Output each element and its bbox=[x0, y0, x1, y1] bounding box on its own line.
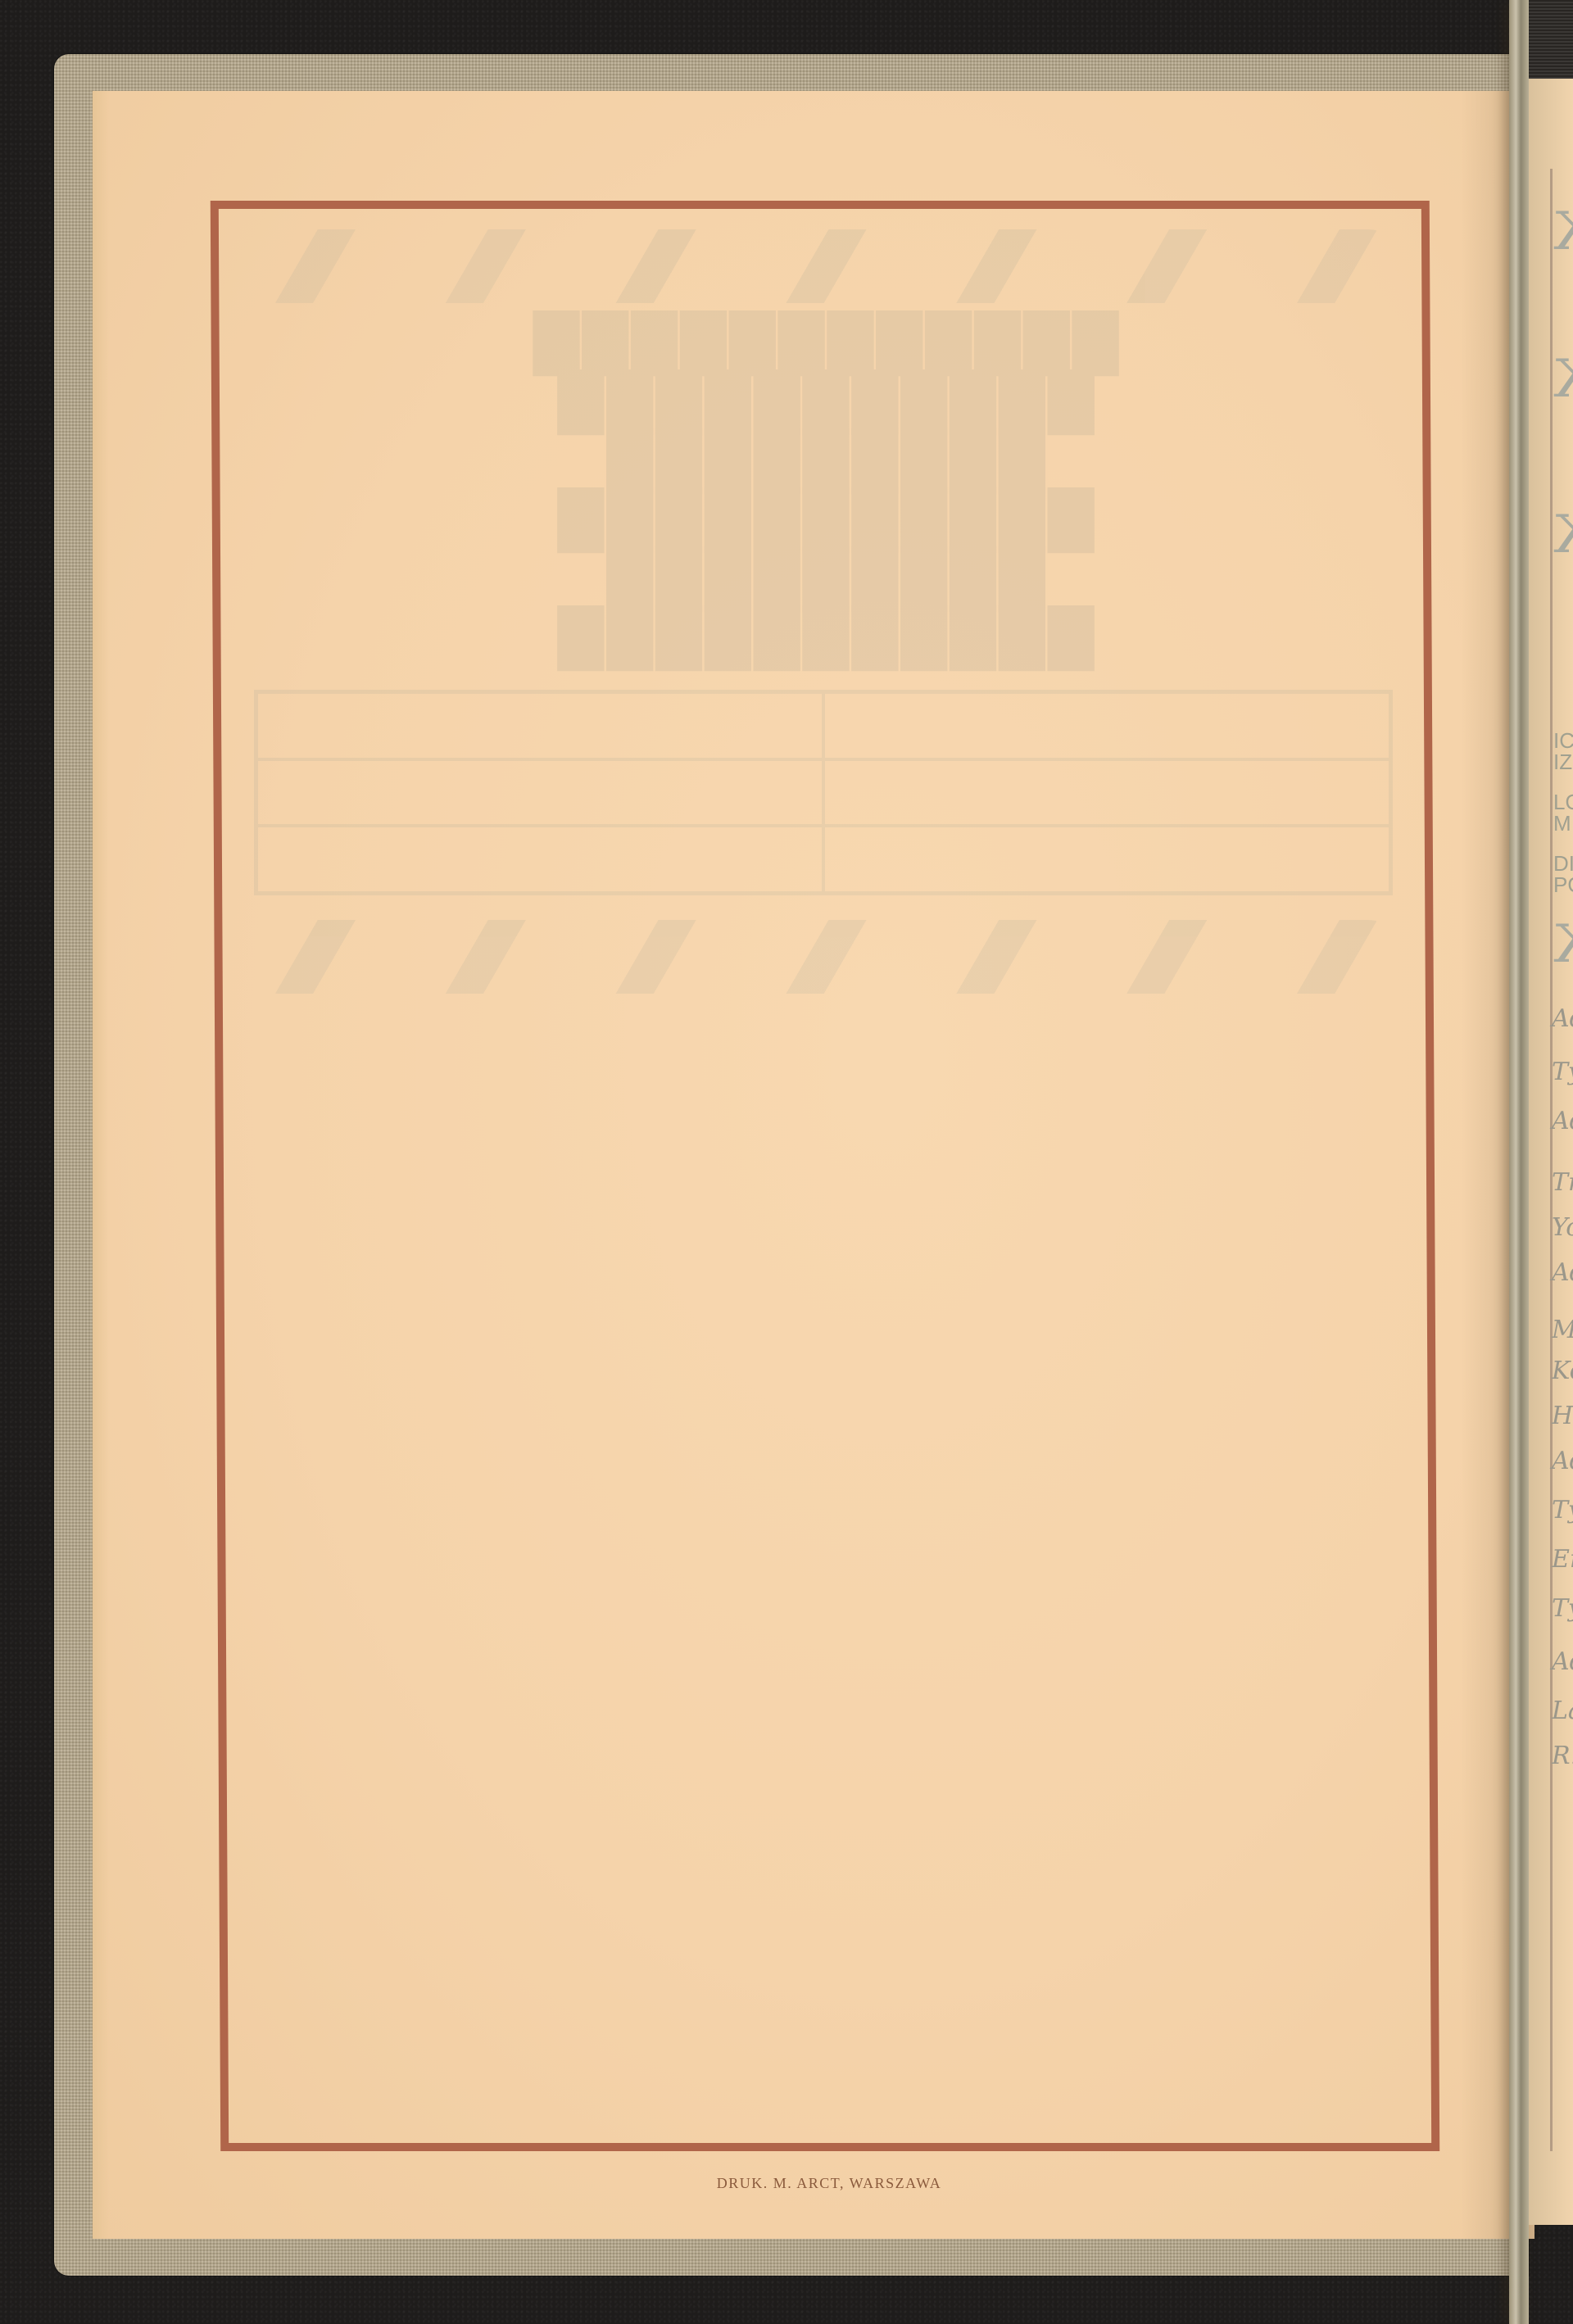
form-fragment: LOC MIE bbox=[1553, 791, 1573, 834]
printer-imprint: DRUK. M. ARCT, WARSZAWA bbox=[43, 2175, 1573, 2192]
handwriting-fragment: Mar bbox=[1552, 1316, 1573, 1344]
page-border-frame bbox=[211, 201, 1439, 2151]
handwriting-fragment: Lau bbox=[1552, 1697, 1573, 1725]
handwriting-fragment: Ada bbox=[1552, 1258, 1573, 1287]
handwriting-fragment: Hen bbox=[1552, 1402, 1573, 1430]
ornament-glyph: Ж bbox=[1553, 349, 1573, 410]
handwriting-fragment: Em bbox=[1552, 1545, 1573, 1574]
handwriting-fragment: Tr bbox=[1552, 1168, 1573, 1197]
handwriting-fragment: Ade bbox=[1552, 1447, 1573, 1475]
handwriting-fragment: Yom bbox=[1552, 1213, 1573, 1242]
handwriting-fragment: R.S bbox=[1552, 1742, 1573, 1770]
handwriting-fragment: Ty bbox=[1552, 1594, 1573, 1623]
handwriting-fragment: Kot bbox=[1552, 1357, 1573, 1385]
facing-page-border bbox=[1550, 169, 1573, 2151]
facing-page: Ж Ж Ж ICH IZK LOC MIE DIST PO Ж Ada Ty A… bbox=[1529, 79, 1573, 2225]
facing-cover-edge bbox=[1529, 0, 1573, 79]
ornament-glyph: Ж bbox=[1553, 202, 1573, 262]
ornament-glyph: Ж bbox=[1553, 505, 1573, 565]
handwriting-fragment: Ada bbox=[1552, 1647, 1573, 1676]
handwriting-fragment: Ty bbox=[1552, 1496, 1573, 1524]
form-fragment: DIST PO bbox=[1553, 853, 1573, 895]
handwriting-fragment: Ty bbox=[1552, 1058, 1573, 1086]
form-fragment: ICH IZK bbox=[1553, 730, 1573, 772]
handwriting-fragment: Ada bbox=[1552, 1004, 1573, 1033]
handwriting-fragment: Ad bbox=[1552, 1107, 1573, 1135]
book-gutter bbox=[1509, 0, 1529, 2324]
ornament-glyph: Ж bbox=[1553, 914, 1573, 975]
